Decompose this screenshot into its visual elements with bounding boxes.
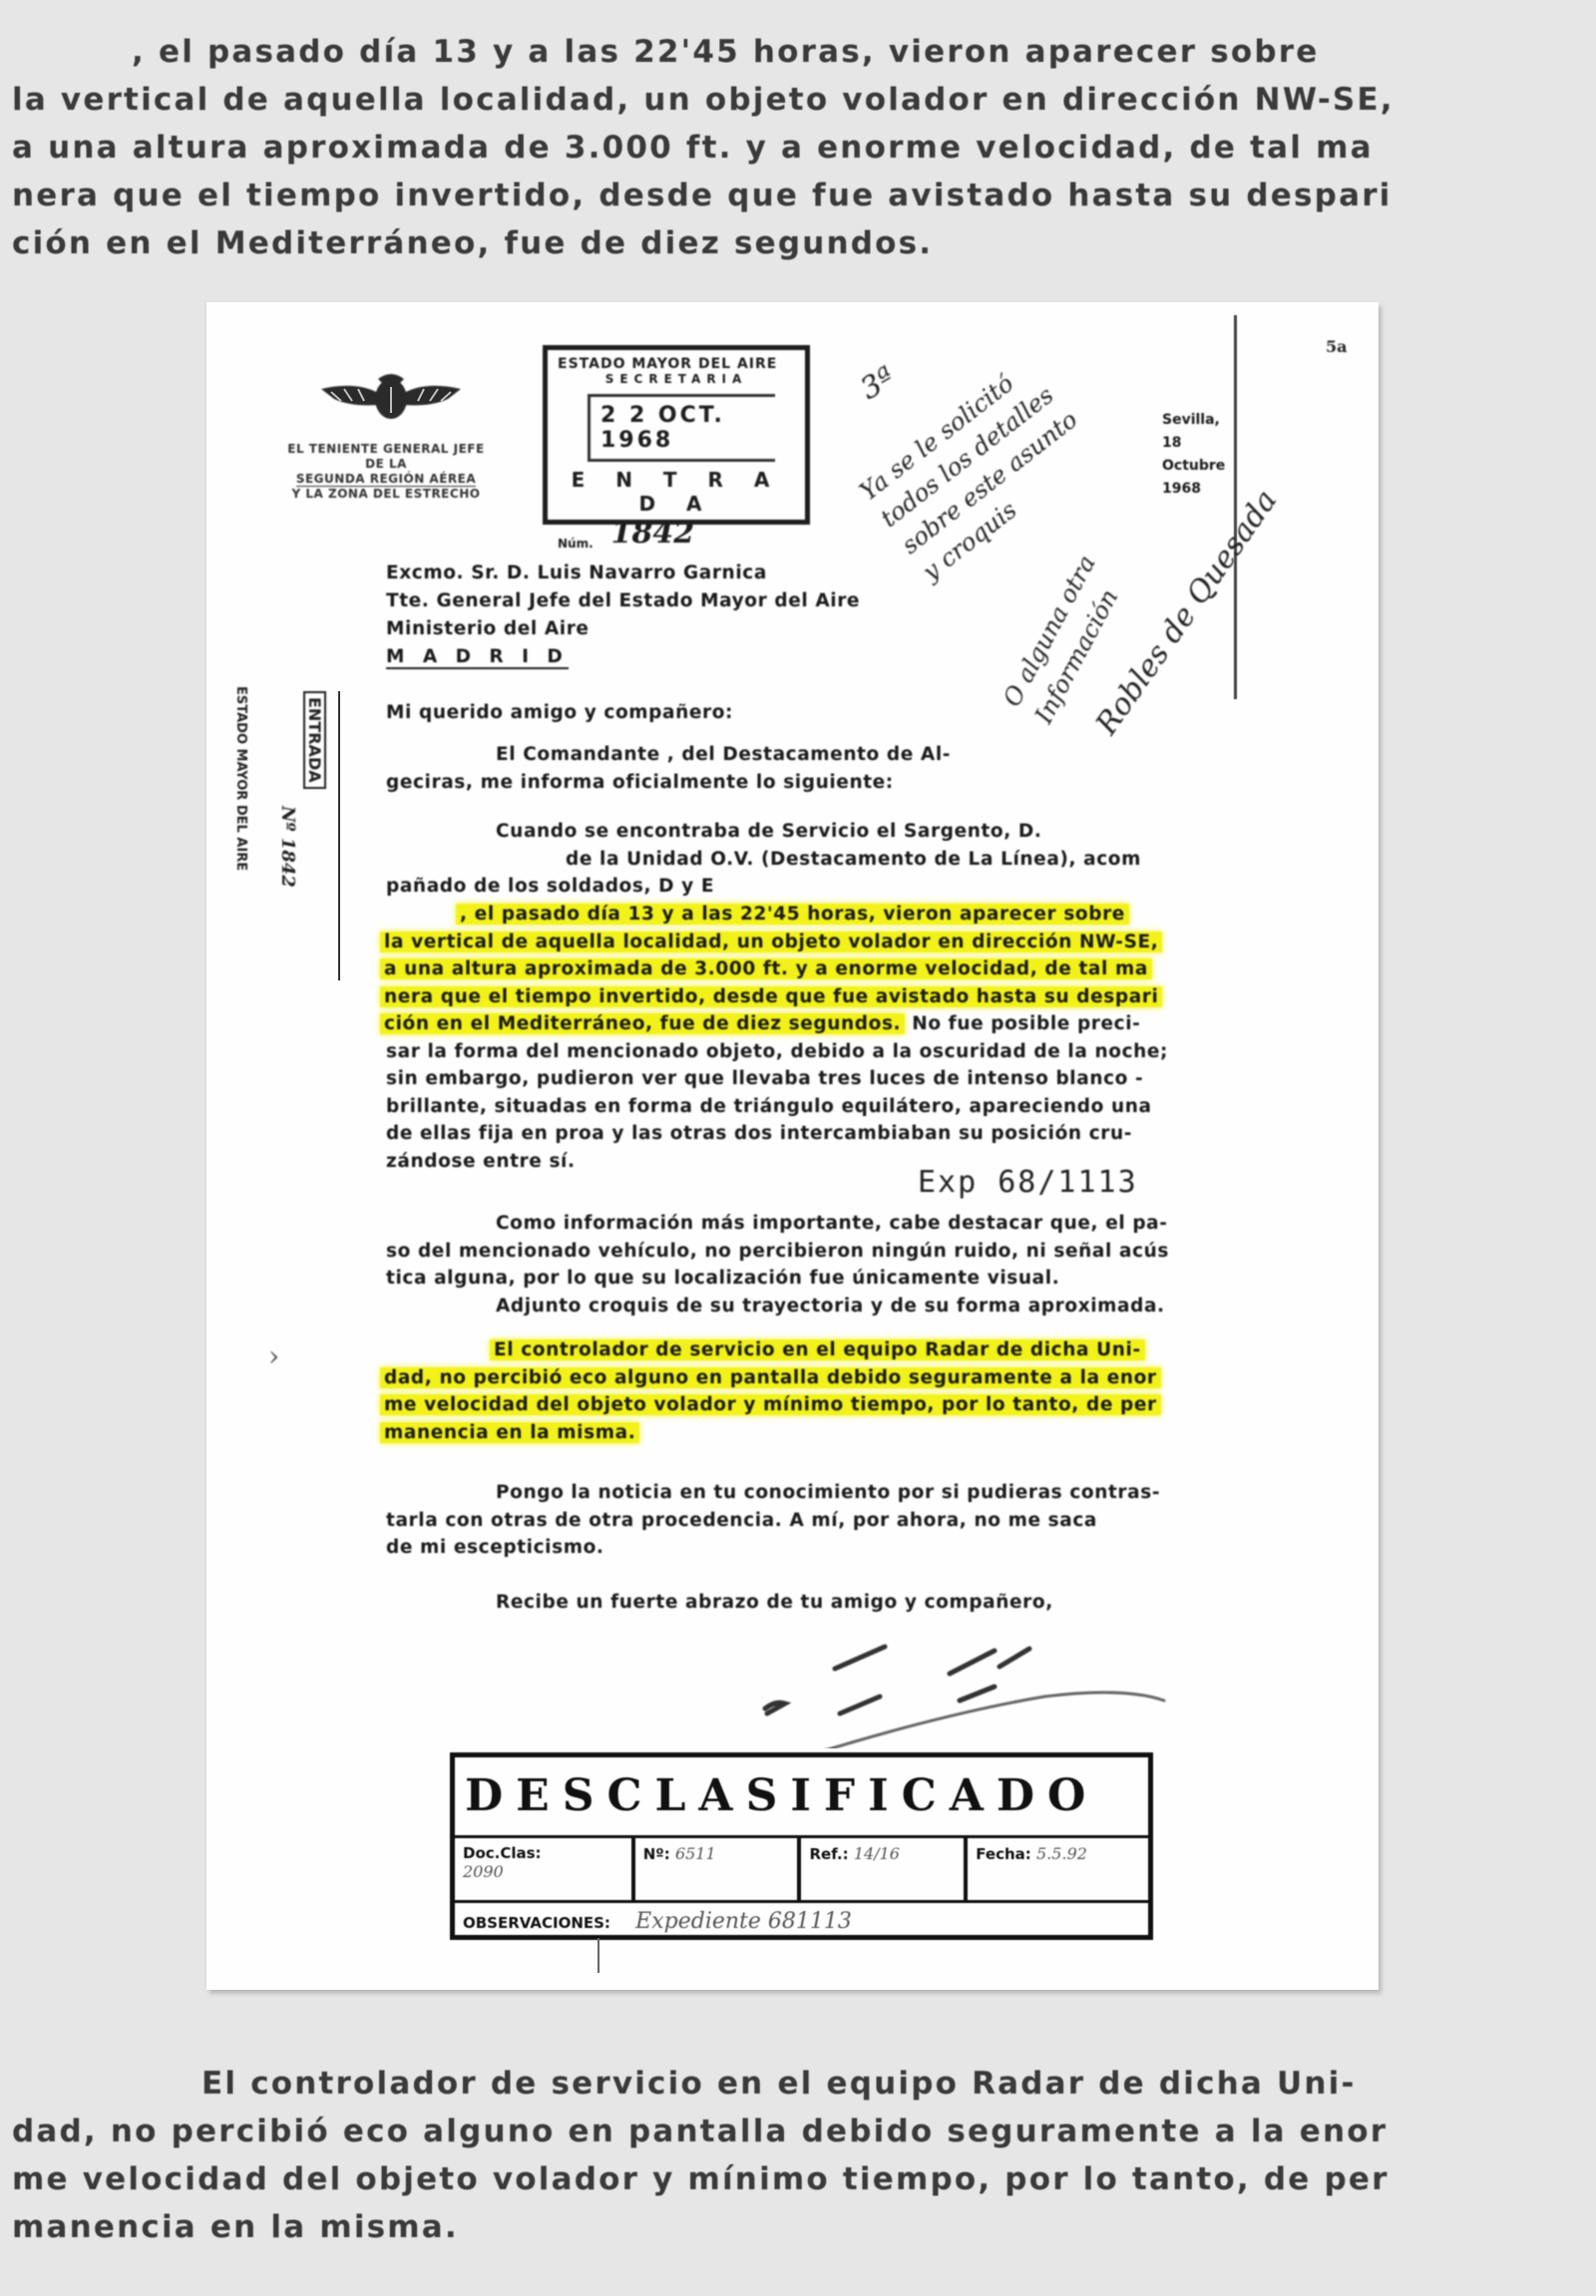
stamp-tick: [598, 1938, 599, 1973]
stamp-num-label: Núm.: [558, 537, 594, 551]
declassified-stamp: DESCLASIFICADO Doc.Clas: 2090 Nº: 6511 R…: [450, 1752, 1153, 1940]
corner-mark: 5a: [1326, 337, 1348, 356]
side-stamp-line: ESTADO MAYOR DEL AIRE: [233, 686, 248, 871]
cell-value: 6511: [675, 1844, 716, 1863]
addressee-line: Excmo. Sr. D. Luis Navarro Garnica: [386, 560, 860, 587]
highlighted-line: me velocidad del objeto volador y mínimo…: [380, 1394, 1161, 1415]
bracket-mark-icon: ›: [268, 1339, 279, 1372]
letterhead: EL TENIENTE GENERAL JEFE DE LA SEGUNDA R…: [236, 442, 536, 502]
obs-label: OBSERVACIONES:: [463, 1914, 610, 1932]
scanned-document: EL TENIENTE GENERAL JEFE DE LA SEGUNDA R…: [206, 302, 1379, 1990]
stamp-observations: OBSERVACIONES: Expediente 681113: [455, 1903, 1148, 1940]
highlighted-line: El controlador de servicio en el equipo …: [490, 1339, 1145, 1360]
salutation: Mi querido amigo y compañero:: [386, 699, 733, 727]
cell-label: Nº:: [643, 1845, 670, 1863]
stamp-cell-date: Fecha: 5.5.92: [968, 1838, 1148, 1900]
place-date: Sevilla, 18 Octubre 1968: [1162, 409, 1225, 501]
place-date-line: Sevilla,: [1162, 409, 1225, 432]
paragraph-line: No fue posible preci-: [912, 1013, 1140, 1034]
stamp-cell-ref: Ref.: 14/16: [801, 1838, 968, 1900]
caption-line: manencia en la misma.: [12, 2203, 1588, 2251]
caption-top: , el pasado día 13 y a las 22'45 horas, …: [12, 28, 1588, 267]
side-stamp: ESTADO MAYOR DEL AIRE ENTRADA Nº 1842: [226, 686, 346, 985]
stamp-header: ESTADO MAYOR DEL AIRE: [558, 356, 795, 372]
stamp-num-value: 1842: [611, 516, 695, 551]
highlighted-line: dad, no percibió eco alguno en pantalla …: [380, 1367, 1161, 1388]
highlighted-line: la vertical de aquella localidad, un obj…: [380, 932, 1162, 953]
cell-value: 2090: [463, 1862, 504, 1881]
paragraph-line: de ellas fija en proa y las otras dos in…: [386, 1120, 1168, 1148]
paragraph-6-highlighted: El controlador de servicio en el equipo …: [380, 1337, 1161, 1446]
cell-label: Fecha:: [976, 1845, 1031, 1863]
caption-line: la vertical de aquella localidad, un obj…: [12, 76, 1588, 124]
handwritten-expediente: Exp 68/1113: [918, 1165, 1138, 1200]
highlighted-line: manencia en la misma.: [380, 1422, 639, 1443]
paragraph-line: sar la forma del mencionado objeto, debi…: [386, 1038, 1168, 1066]
addressee-city: M A D R I D: [386, 646, 569, 669]
place-date-line: Octubre: [1162, 455, 1225, 478]
stamp-cell-number: Nº: 6511: [635, 1838, 802, 1900]
obs-value: Expediente 681113: [635, 1909, 852, 1934]
stamp-cell-docclas: Doc.Clas: 2090: [455, 1838, 635, 1900]
highlighted-line: a una altura aproximada de 3.000 ft. y a…: [380, 958, 1152, 979]
paragraph-line: Pongo la noticia en tu conocimiento por …: [386, 1479, 1160, 1507]
caption-line: nera que el tiempo invertido, desde que …: [12, 172, 1588, 219]
caption-line: , el pasado día 13 y a las 22'45 horas, …: [12, 28, 1588, 76]
place-date-line: 18: [1162, 432, 1225, 455]
paragraph-line: de mi escepticismo.: [386, 1534, 1160, 1562]
side-stamp-line: ENTRADA: [303, 691, 326, 789]
paragraph-line: Como información más importante, cabe de…: [386, 1210, 1169, 1238]
paragraph-line: brillante, situadas en forma de triángul…: [386, 1093, 1168, 1121]
paragraph-line: pañado de los soldados, D y E: [386, 873, 1141, 901]
caption-line: dad, no percibió eco alguno en pantalla …: [12, 2107, 1588, 2155]
paragraph-line: Cuando se encontraba de Servicio el Sarg…: [386, 818, 1141, 846]
caption-bottom: El controlador de servicio en el equipo …: [12, 2060, 1588, 2251]
highlighted-line: , el pasado día 13 y a las 22'45 horas, …: [456, 904, 1129, 925]
entry-stamp: ESTADO MAYOR DEL AIRE SECRETARIA 2 2 OCT…: [543, 345, 810, 525]
stamp-date: 2 2 OCT. 1968: [588, 394, 775, 462]
paragraph-7: Pongo la noticia en tu conocimiento por …: [386, 1479, 1160, 1562]
addressee-line: Tte. General Jefe del Estado Mayor del A…: [386, 587, 860, 615]
paragraph-line: geciras, me informa oficialmente lo sigu…: [386, 769, 951, 797]
stamp-label: E N T R A D A: [572, 468, 782, 516]
paragraph-1: El Comandante , del Destacamento de Al- …: [386, 741, 951, 796]
paragraph-line: El Comandante , del Destacamento de Al-: [386, 741, 951, 769]
letterhead-line: EL TENIENTE GENERAL JEFE: [236, 442, 536, 457]
caption-line: El controlador de servicio en el equipo …: [12, 2060, 1588, 2107]
paragraph-line: tica alguna, por lo que su localización …: [386, 1265, 1169, 1293]
paragraph-line: so del mencionado vehículo, no percibier…: [386, 1238, 1169, 1266]
cell-label: Doc.Clas:: [463, 1844, 542, 1862]
paragraph-line: de la Unidad O.V. (Destacamento de La Lí…: [386, 846, 1141, 874]
highlighted-line: ción en el Mediterráneo, fue de diez seg…: [380, 1013, 905, 1034]
cell-value: 14/16: [854, 1844, 900, 1863]
paragraph-line: tarla con otras de otra procedencia. A m…: [386, 1507, 1160, 1535]
closing: Recibe un fuerte abrazo de tu amigo y co…: [496, 1589, 1053, 1617]
letterhead-line: SEGUNDA REGIÓN AÉREA: [296, 472, 476, 487]
side-stamp-line: Nº 1842: [277, 806, 298, 888]
caption-line: a una altura aproximada de 3.000 ft. y a…: [12, 124, 1588, 172]
caption-line: ción en el Mediterráneo, fue de diez seg…: [12, 219, 1588, 267]
signature-strokes: [745, 1619, 1244, 1748]
highlighted-line: nera que el tiempo invertido, desde que …: [380, 986, 1162, 1007]
side-stamp-rule: [338, 691, 340, 980]
paragraph-line: sin embargo, pudieron ver que llevaba tr…: [386, 1065, 1168, 1093]
caption-line: me velocidad del objeto volador y mínimo…: [12, 2155, 1588, 2203]
paragraph-5: Adjunto croquis de su trayectoria y de s…: [496, 1293, 1165, 1321]
paragraph-4: Como información más importante, cabe de…: [386, 1210, 1169, 1293]
addressee: Excmo. Sr. D. Luis Navarro Garnica Tte. …: [386, 560, 860, 671]
letterhead-line: DE LA: [236, 457, 536, 472]
cell-value: 5.5.92: [1036, 1844, 1087, 1863]
cell-label: Ref.:: [809, 1845, 848, 1863]
addressee-line: Ministerio del Aire: [386, 615, 860, 643]
paragraph-2: Cuando se encontraba de Servicio el Sarg…: [386, 818, 1141, 901]
declassified-title: DESCLASIFICADO: [455, 1757, 1148, 1838]
place-date-line: 1968: [1162, 478, 1225, 501]
margin-line: [1234, 315, 1237, 699]
air-force-wings-icon: [316, 367, 466, 427]
handwritten-number: 3ª: [855, 360, 901, 407]
paragraph-3-highlighted: , el pasado día 13 y a las 22'45 horas, …: [380, 901, 1168, 1175]
letterhead-line: Y LA ZONA DEL ESTRECHO: [236, 487, 536, 502]
stamp-subheader: SECRETARIA: [558, 372, 795, 386]
